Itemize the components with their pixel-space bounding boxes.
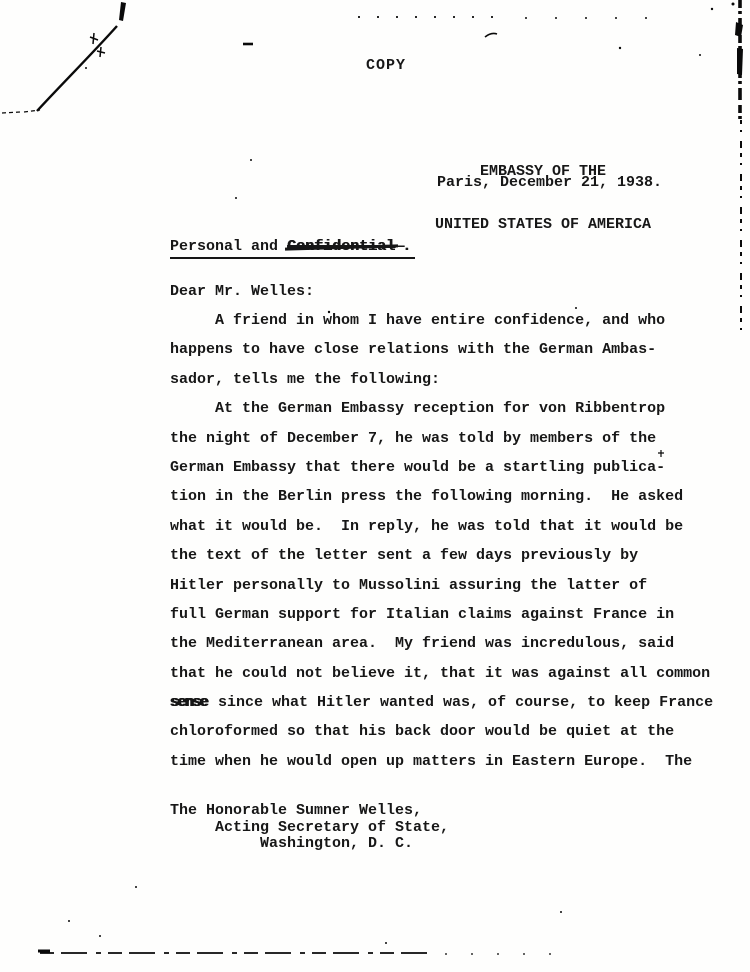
pencil-cross-mark (90, 33, 98, 44)
body-line: time when he would open up matters in Ea… (170, 747, 735, 776)
letterhead-line2: UNITED STATES OF AMERICA (424, 216, 662, 234)
pencil-tick-mark (119, 2, 126, 21)
subject-line: Personal and Confidential—. (170, 238, 415, 259)
pencil-dash-mark (2, 110, 40, 113)
body-line: happens to have close relations with the… (170, 335, 735, 364)
pencil-diagonal-mark (37, 26, 117, 111)
scan-edge-blob (735, 22, 743, 37)
body-line: sense since what Hitler wanted was, of c… (170, 688, 735, 717)
inside-address-line: Washington, D. C. (170, 836, 449, 853)
subject-plain-text: Personal and (170, 238, 287, 255)
inside-address: The Honorable Sumner Welles, Acting Secr… (170, 803, 449, 853)
body-line: the text of the letter sent a few days p… (170, 541, 735, 570)
body-line: the Mediterranean area. My friend was in… (170, 629, 735, 658)
subject-struck-word: Confidential (287, 238, 395, 255)
pencil-cross-mark (97, 47, 105, 57)
body-line: tion in the Berlin press the following m… (170, 482, 735, 511)
body-line: the night of December 7, he was told by … (170, 424, 735, 453)
inside-address-line: Acting Secretary of State, (170, 820, 449, 837)
body-line: German Embassy that there would be a sta… (170, 453, 735, 482)
letterhead: EMBASSY OF THE UNITED STATES OF AMERICA (424, 128, 662, 268)
body-line: sador, tells me the following: (170, 365, 735, 394)
body-line: chloroformed so that his back door would… (170, 717, 735, 746)
scan-edge-blob (737, 48, 743, 75)
dateline: Paris, December 21, 1938. (437, 174, 662, 191)
body-line: At the German Embassy reception for von … (170, 394, 735, 423)
salutation: Dear Mr. Welles: (170, 283, 314, 300)
copy-label: COPY (366, 57, 406, 74)
body-line: that he could not believe it, that it wa… (170, 659, 735, 688)
body-line: full German support for Italian claims a… (170, 600, 735, 629)
inside-address-line: The Honorable Sumner Welles, (170, 803, 449, 820)
body-line: A friend in whom I have entire confidenc… (170, 306, 735, 335)
pencil-squiggle-mark (485, 33, 497, 37)
body-line: Hitler personally to Mussolini assuring … (170, 571, 735, 600)
scanned-letter-page: COPY EMBASSY OF THE UNITED STATES OF AME… (0, 0, 750, 972)
letter-body: A friend in whom I have entire confidenc… (170, 306, 735, 776)
body-line: what it would be. In reply, he was told … (170, 512, 735, 541)
